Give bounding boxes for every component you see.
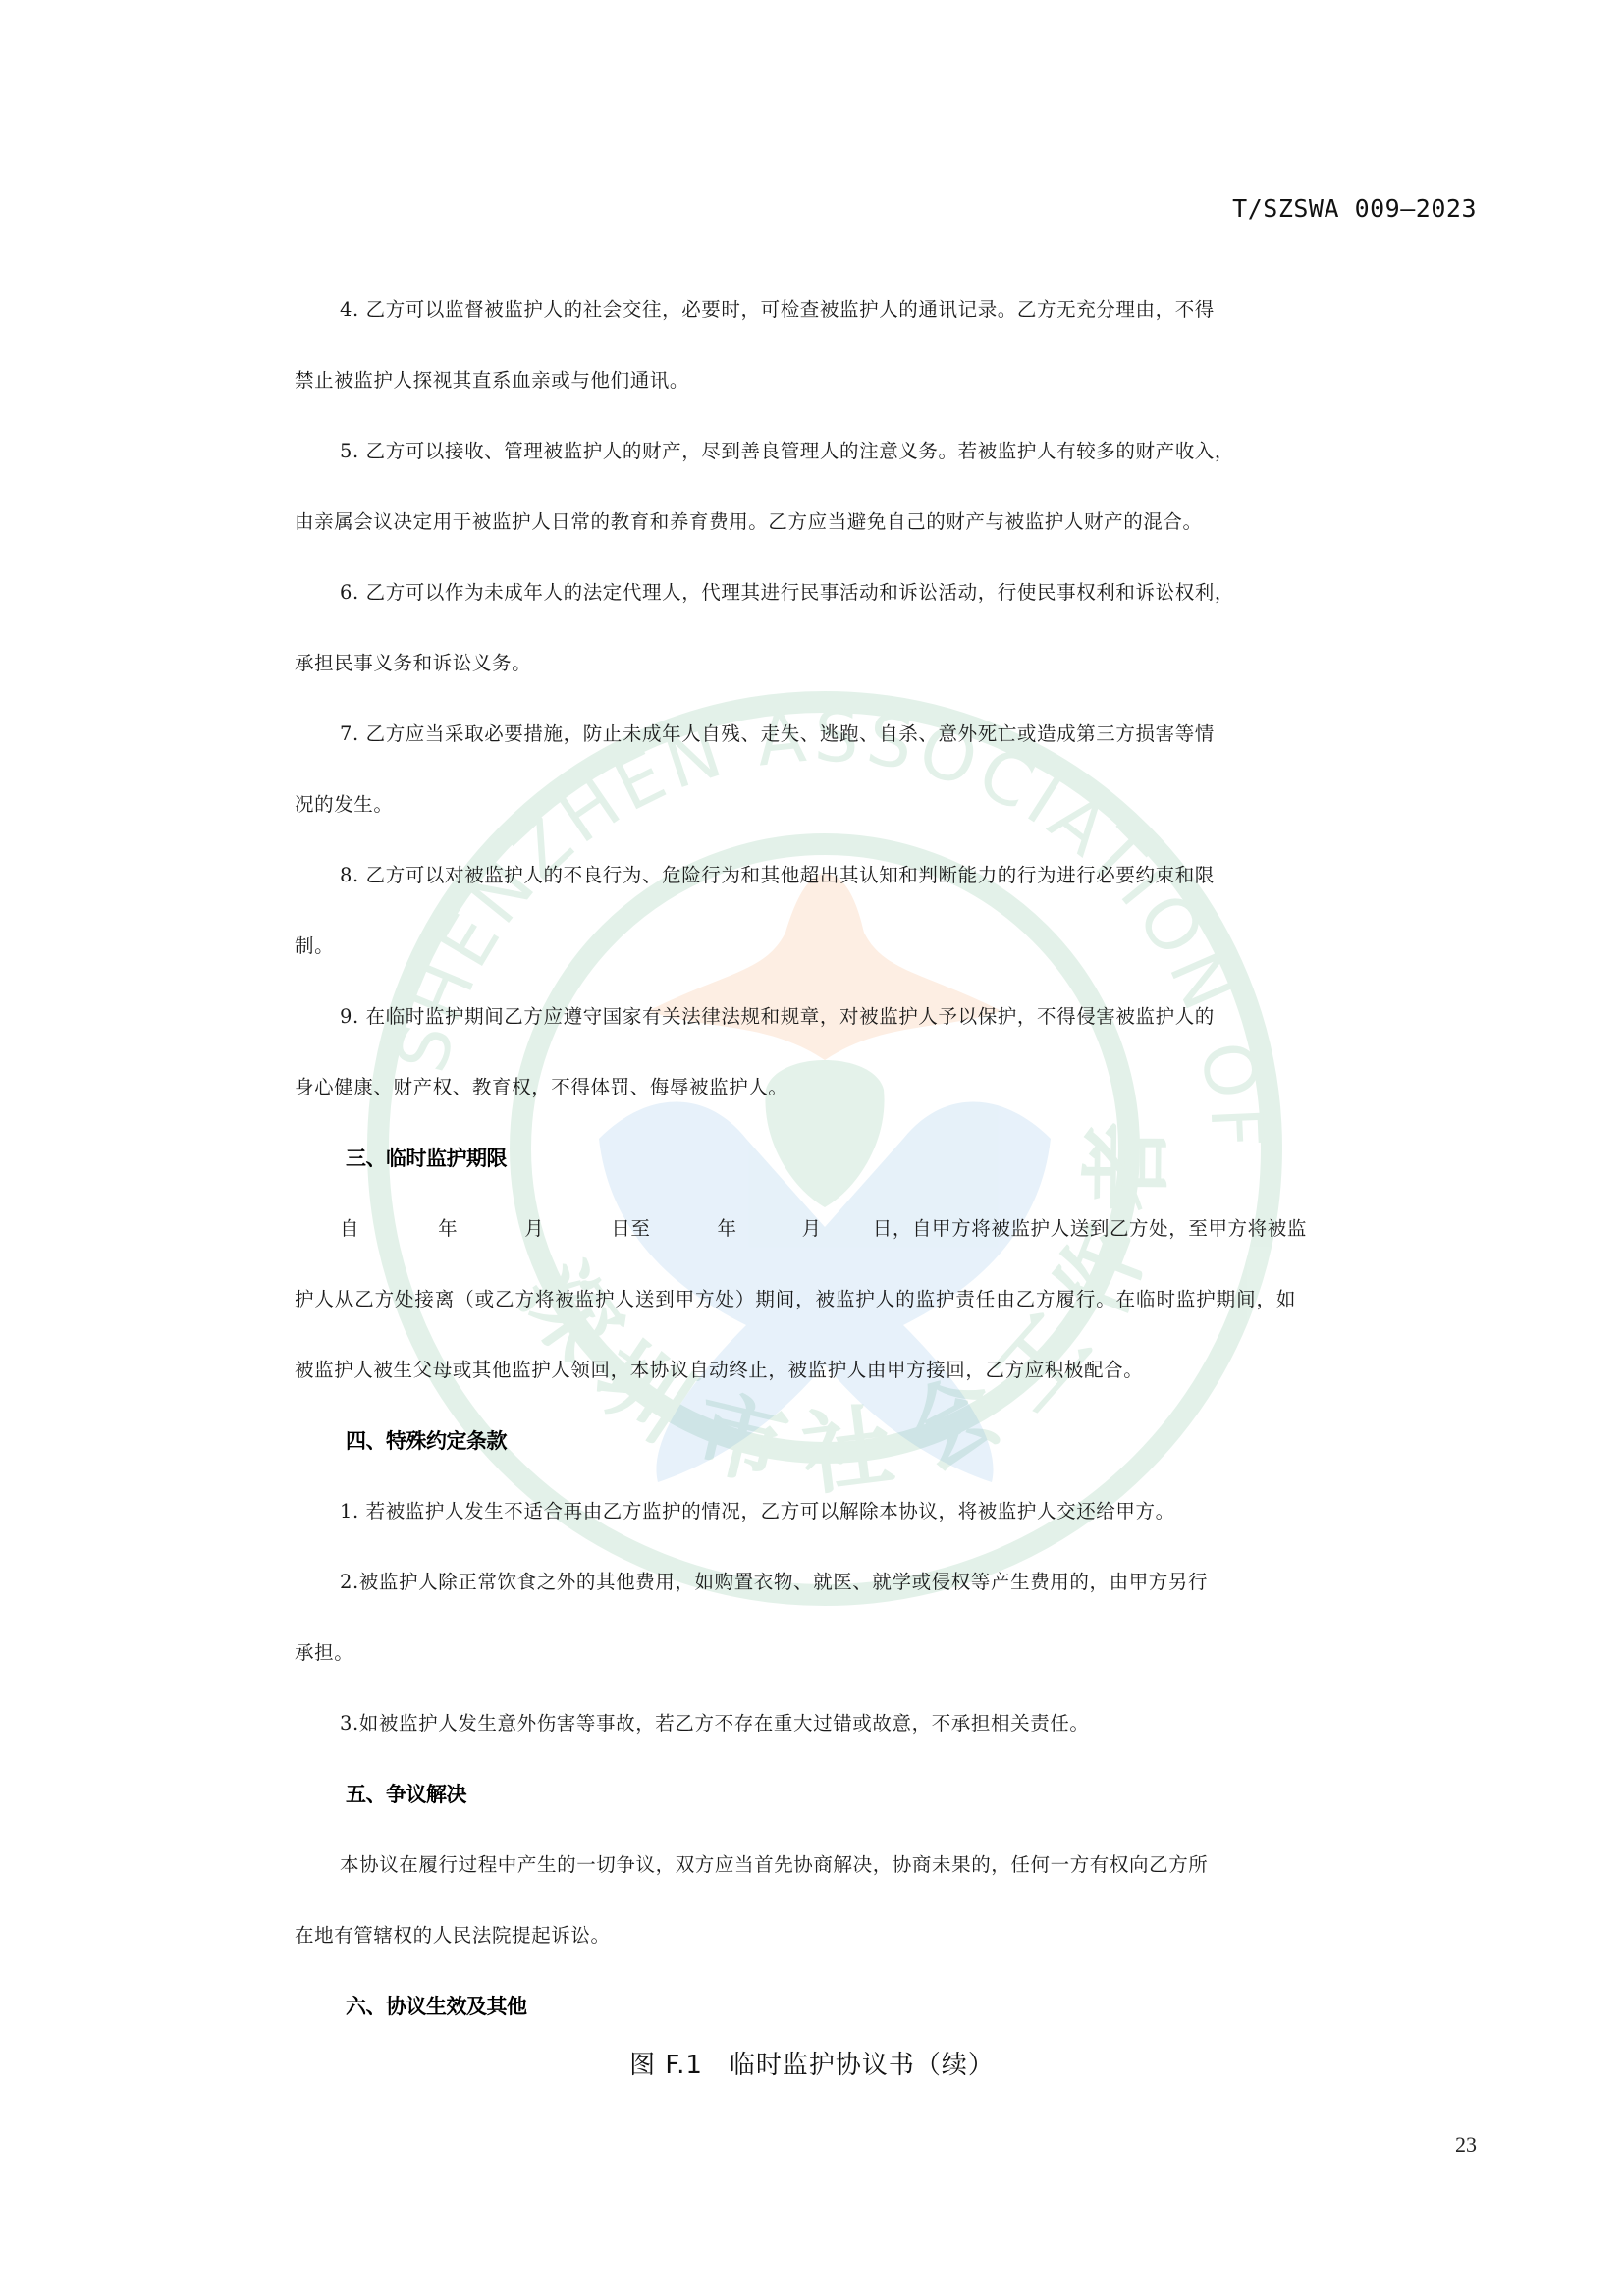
section-heading-effect: 六、协议生效及其他: [295, 1971, 1296, 2042]
rights-item-4: 4. 乙方可以监督被监护人的社会交往，必要时，可检查被监护人的通讯记录。乙方无充…: [295, 275, 1296, 416]
date-from-year-label: 年: [438, 1194, 458, 1264]
rights-item-5: 5. 乙方可以接收、管理被监护人的财产，尽到善良管理人的注意义务。若被监护人有较…: [295, 416, 1296, 558]
rights-item-8: 8. 乙方可以对被监护人的不良行为、危险行为和其他超出其认知和判断能力的行为进行…: [295, 840, 1296, 982]
section-heading-special: 四、特殊约定条款: [295, 1406, 1296, 1476]
date-to-label: 日至: [611, 1194, 650, 1264]
date-to-year-label: 年: [718, 1194, 737, 1264]
special-list: 1. 若被监护人发生不适合再由乙方监护的情况，乙方可以解除本协议，将被监护人交还…: [295, 1476, 1296, 1759]
special-item-3: 3.如被监护人发生意外伤害等事故，若乙方不存在重大过错或故意，不承担相关责任。: [295, 1688, 1296, 1759]
date-to-month-label: 月: [802, 1194, 822, 1264]
term-date-line: 自 年 月 日至 年 月 日，自甲方将被监护人送到乙方处，至甲方将被监: [295, 1194, 1296, 1264]
term-section: 自 年 月 日至 年 月 日，自甲方将被监护人送到乙方处，至甲方将被监 护人从乙…: [295, 1194, 1296, 1406]
section-heading-term: 三、临时监护期限: [295, 1123, 1296, 1194]
dispute-paragraph: 本协议在履行过程中产生的一切争议，双方应当首先协商解决，协商未果的，任何一方有权…: [295, 1830, 1296, 1971]
rights-item-7: 7. 乙方应当采取必要措施，防止未成年人自残、走失、逃跑、自杀、意外死亡或造成第…: [295, 699, 1296, 840]
section-heading-dispute: 五、争议解决: [295, 1759, 1296, 1830]
rights-item-9: 9. 在临时监护期间乙方应遵守国家有关法律法规和规章，对被监护人予以保护，不得侵…: [295, 982, 1296, 1123]
figure-caption: 图 F.1 临时监护协议书（续）: [0, 2045, 1624, 2081]
agreement-body: 4. 乙方可以监督被监护人的社会交往，必要时，可检查被监护人的通讯记录。乙方无充…: [295, 275, 1296, 2042]
date-to-day-clause: 日，自甲方将被监护人送到乙方处，至甲方将被监: [873, 1194, 1307, 1264]
date-from-month-label: 月: [524, 1194, 544, 1264]
document-page: T/SZSWA 009—2023 SHENZHEN ASSOCIATION OF…: [0, 0, 1624, 2296]
term-paragraph: 护人从乙方处接离（或乙方将被监护人送到甲方处）期间，被监护人的监护责任由乙方履行…: [295, 1264, 1296, 1406]
rights-item-6: 6. 乙方可以作为未成年人的法定代理人，代理其进行民事活动和诉讼活动，行使民事权…: [295, 558, 1296, 699]
special-item-1: 1. 若被监护人发生不适合再由乙方监护的情况，乙方可以解除本协议，将被监护人交还…: [295, 1476, 1296, 1547]
date-from-label: 自: [340, 1194, 359, 1264]
standard-code: T/SZSWA 009—2023: [1232, 194, 1477, 223]
special-item-2: 2.被监护人除正常饮食之外的其他费用，如购置衣物、就医、就学或侵权等产生费用的，…: [295, 1547, 1296, 1688]
page-number: 23: [1455, 2132, 1477, 2158]
rights-list: 4. 乙方可以监督被监护人的社会交往，必要时，可检查被监护人的通讯记录。乙方无充…: [295, 275, 1296, 1123]
